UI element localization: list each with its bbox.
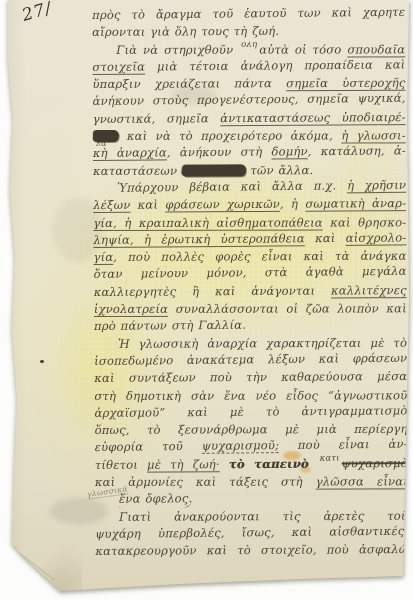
underlined-text: καλλιτέχνες [331, 283, 407, 297]
ink-dot [40, 360, 44, 363]
handwritten-text: καὶ νὰ τὸ προχειρότερο ἀκόμα, [119, 129, 342, 143]
text-line: ὅταν μείνουν μόνον, στὰ ἀγαθὰ μεγάλα [94, 263, 407, 284]
text-line: πρὸς τὸ ἄραγμα τοῦ ἑαυτοῦ των καὶ χαρητε [92, 4, 405, 25]
handwritten-text: τὸ ταπεινὸ [229, 456, 309, 470]
underlined-text: ἕνα ὄφελος. [119, 491, 192, 509]
underlined-text: σημεῖα ὑστεροχῆς [286, 76, 405, 90]
paper-sheet: 27/ γλωσσικά λα πρὸς τὸ ἄραγμα τοῦ ἑαυτο… [0, 0, 413, 600]
underlined-text: αἰσχρολο- [346, 230, 407, 244]
text-line: κατακρεουργοῦν καὶ τὸ στοιχεῖο, ποὺ ἀσφα… [95, 541, 408, 560]
scribbled-out-word: κιννλβθλμ [181, 164, 246, 176]
underlined-text: ἡ γλωσσι- [341, 128, 406, 142]
text-line: λέξων καὶ φράσεων χωρικῶν, ἡ σωματικὴ ἀν… [93, 195, 406, 214]
handwritten-text: ἰσοπεδωμένο ἀνακάτεμα λέξων καὶ φράσεων [94, 351, 407, 368]
handwritten-text: Γιατὶ ἀνακρούονται τὶς ἀρετὲς τοῦ [119, 508, 408, 523]
underlined-text: δομήν [271, 145, 307, 159]
handwritten-text: ὅταν μείνουν μόνον, στὰ ἀγαθὰ μεγάλα [94, 264, 407, 281]
handwritten-text: ἀνήκουν στοὺς προγενέστερους, σημεῖα ψυχ… [93, 91, 406, 108]
handwritten-text: ψυχάρη ὑπερβολές, ἴσως, καὶ αἰσθαντικές, [95, 524, 408, 541]
handwritten-text: εὐφορία τοῦ [95, 439, 202, 454]
handwritten-text: καταστάσεων [93, 163, 182, 177]
underlined-text: γλῶσσα εἶναι [316, 474, 408, 488]
scanned-page: 27/ γλωσσικά λα πρὸς τὸ ἄραγμα τοῦ ἑαυτο… [0, 0, 413, 600]
handwritten-text: καὶ συντάξεων ποὺ τὴν καθαρεύουσα μέσα [94, 369, 407, 385]
handwritten-text: καὶ θρησκο- [323, 215, 407, 229]
handwritten-text: καὶ ἁρμονίες καὶ τάξεις στὴ [95, 475, 316, 489]
text-line: γνωστικά, σημεῖα ἀντικαταστάσεως ὑποδιαι… [93, 109, 406, 128]
text-line: κὴ ἀναρχία, ἀνήκουν στὴ δομήν, κατάλυση,… [93, 143, 406, 163]
handwritten-text: πρὸς τὸ ἄραγμα τοῦ ἑαυτοῦ των καὶ χαρητε [92, 5, 405, 22]
handwritten-text: καλλιεργητὲς ἢ καὶ ἀνάγονται [94, 283, 331, 298]
underlined-text: κὴ ἀναρχία [93, 146, 167, 161]
handwritten-text: ποὺ εἶναι ἀν- [279, 437, 408, 452]
text-line: τίθετοι μὲ τὴ ζωή· τὸ ταπεινὸ κάτιψυχαρι… [95, 455, 408, 474]
underlined-text: γία [94, 250, 114, 264]
handwritten-text: τῶν ἄλλα. [245, 163, 313, 177]
handwritten-text: Ὑπάρχουν βέβαια καὶ ἄλλα π.χ. [117, 178, 347, 194]
text-line: ἰσοπεδωμένο ἀνακάτεμα λέξων καὶ φράσεων [94, 350, 407, 371]
handwritten-text: κατακρεουργοῦν καὶ τὸ στοιχεῖο, ποὺ ἀσφα… [95, 542, 408, 558]
handwritten-text: καὶ [130, 198, 165, 212]
handwritten-text: στὴ δημοτικὴ σὰν ἕνα νέο εἶδος “ἀγνωστικ… [94, 388, 407, 403]
handwritten-text: μιὰ τέτοια ἀνάλογη προπαίδεια καὶ [145, 57, 405, 73]
handwritten-text: Γιὰ νὰ στηριχθοῦν [116, 42, 239, 56]
text-line: αἴρονται γιὰ ὅλη τους τὴ ζωή. [92, 22, 405, 41]
handwritten-text: πρὸ πάντων στὴ Γαλλία. [94, 318, 246, 333]
handwritten-text [220, 457, 229, 471]
handwritten-text [309, 456, 318, 470]
text-line: στοιχεῖα μιὰ τέτοια ἀνάλογη προπαίδεια κ… [92, 56, 405, 76]
inserted-word: κάτι [320, 455, 340, 464]
text-line: καλλιεργητὲς ἢ καὶ ἀνάγονται καλλιτέχνες [94, 282, 407, 301]
handwritten-text: καὶ [305, 231, 346, 245]
underlined-text: λέξων [93, 198, 130, 212]
underlined-text: ψυχαρισμοῦ; [202, 439, 280, 454]
underlined-text: ἀντικαταστάσεως ὑποδιαιρέ- [220, 110, 406, 125]
scribbled-out-word: σεις [93, 130, 120, 142]
corner-fold [8, 538, 82, 594]
underlined-text: γία, ἡ κραιπαλικὴ αἰσθηματοπάθεια [93, 215, 322, 229]
text-line: ψυχάρη ὑπερβολές, ἴσως, καὶ αἰσθαντικές, [95, 523, 408, 544]
text-line: Ὑπάρχουν βέβαια καὶ ἄλλα π.χ. ἡ χρῆσιν [93, 177, 406, 198]
manuscript-text: πρὸς τὸ ἄραγμα τοῦ ἑαυτοῦ των καὶ χαρητε… [92, 5, 408, 560]
handwritten-text: ὕπαρξιν χρειάζεται πάντα [92, 76, 286, 91]
underlined-text: σπουδαῖα [347, 42, 405, 56]
underlined-text: ἰχνολατρεία [94, 302, 168, 316]
underlined-text: στοιχεῖα [92, 59, 145, 73]
text-line: ἀνήκουν στοὺς προγενέστερους, σημεῖα ψυχ… [92, 90, 405, 111]
handwritten-text: , ἀνήκουν στὴ [167, 145, 272, 160]
text-line: πρὸ πάντων στὴ Γαλλία. [94, 316, 407, 336]
inserted-word: ὅλη [241, 41, 257, 49]
underlined-text: μὲ τὴ ζωή· [147, 457, 220, 471]
handwritten-text: αἴρονται γιὰ ὅλη τους τὴ ζωή. [92, 24, 279, 39]
handwritten-text: , ἡ [280, 197, 305, 211]
text-line: εὐφορία τοῦ ψυχαρισμοῦ; ποὺ εἶναι ἀν- [95, 436, 408, 457]
struck-through-word: ψυχαρισμὸ [342, 456, 408, 470]
text-line: ἕνα ὄφελος. [95, 489, 408, 509]
handwritten-text: ἀρχαϊσμοῦ” καὶ μὲ τὸ ἀντιγραμματισμὸ [94, 403, 407, 420]
handwritten-text: αὐτὰ οἱ τόσο [259, 42, 347, 56]
underlined-text: φράσεων χωρικῶν [165, 197, 280, 212]
handwritten-text: , κατάλυση, ἀ- [308, 144, 406, 159]
handwritten-text: ὅπως, τὸ ξεσυνάρθρωμα μὲ μιὰ περίεργη [95, 422, 408, 437]
text-line: καὶ συντάξεων ποὺ τὴν καθαρεύουσα μέσα [94, 368, 407, 387]
underlined-text: σωματικὴ ἀναρ- [305, 196, 406, 211]
handwritten-text: γνωστικά, σημεῖα [93, 111, 221, 126]
underlined-text: ἡ χρῆσιν [347, 178, 406, 193]
text-line: ληψία, ἡ ἐρωτικὴ ὑστεροπάθεια καὶ αἰσχρο… [93, 229, 406, 249]
handwritten-text: , ποὺ πολλὲς φορὲς εἶναι καὶ τὰ ἀνάγκα [113, 249, 406, 264]
handwritten-text: τίθετοι [95, 457, 147, 471]
page-number: 27/ [20, 0, 55, 26]
underlined-text: ληψία, ἡ ἐρωτικὴ ὑστεροπάθεια [93, 231, 304, 247]
handwritten-text: Ἡ γλωσσικὴ ἀναρχία χαρακτηρίζεται μὲ τὸ [118, 335, 407, 350]
paper-shadow-wrap: 27/ γλωσσικά λα πρὸς τὸ ἄραγμα τοῦ ἑαυτο… [0, 0, 413, 600]
text-line: ἀρχαϊσμοῦ” καὶ μὲ τὸ ἀντιγραμματισμὸ [94, 402, 407, 422]
handwritten-text: συναλλάσσονται οἱ ζῶα λοιπὸν καὶ [168, 301, 407, 315]
